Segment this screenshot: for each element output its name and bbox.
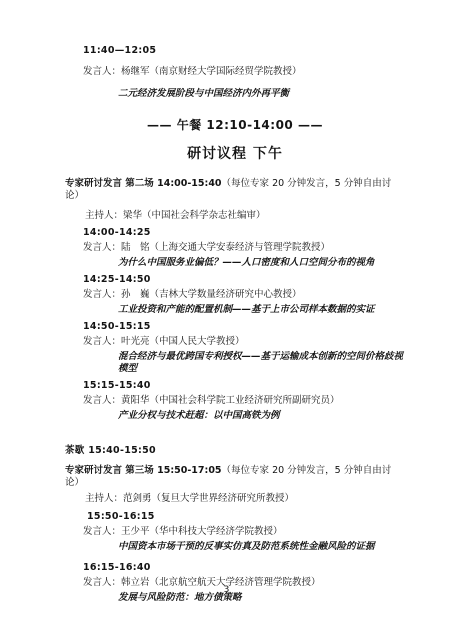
agenda-page: 11:40—12:05 发言人：杨继军（南京财经大学国际经贸学院教授） 二元经济… xyxy=(0,0,453,642)
session-header-title: 专家研讨发言 第二场 14:00-15:40 xyxy=(65,178,222,189)
talk-speaker: 发言人：陆 铭（上海交通大学安泰经济与管理学院教授） xyxy=(83,242,405,254)
talk-time: 14:25-14:50 xyxy=(83,274,405,286)
session-header: 专家研讨发言 第二场 14:00-15:40（每位专家 20 分钟发言，5 分钟… xyxy=(65,178,405,202)
talk-topic: 中国资本市场干预的反事实仿真及防范系统性金融风险的证据 xyxy=(118,541,405,553)
session-host: 主持人：范剑勇（复旦大学世界经济研究所教授） xyxy=(85,493,405,505)
talk-item: 14:00-14:25 发言人：陆 铭（上海交通大学安泰经济与管理学院教授） 为… xyxy=(65,227,405,269)
session-3: 专家研讨发言 第三场 15:50-17:05（每位专家 20 分钟发言，5 分钟… xyxy=(65,465,405,604)
session-header: 专家研讨发言 第三场 15:50-17:05（每位专家 20 分钟发言，5 分钟… xyxy=(65,465,405,489)
talk-item: 16:15-16:40 发言人：韩立岩（北京航空航天大学经济管理学院教授） 发展… xyxy=(65,562,405,604)
page-title: 研讨议程 下午 xyxy=(65,146,405,163)
talk-speaker: 发言人：杨继军（南京财经大学国际经贸学院教授） xyxy=(83,66,405,78)
talk-time: 14:00-14:25 xyxy=(83,227,405,239)
talk-item: 15:50-16:15 发言人：王少平（华中科技大学经济学院教授） 中国资本市场… xyxy=(65,511,405,553)
lunch-banner: —— 午餐 12:10-14:00 —— xyxy=(65,118,405,133)
talk-time: 15:50-16:15 xyxy=(87,511,405,523)
talk-speaker: 发言人：叶光亮（中国人民大学教授） xyxy=(83,336,405,348)
session-header-title: 专家研讨发言 第三场 15:50-17:05 xyxy=(65,465,222,476)
talk-time: 16:15-16:40 xyxy=(83,562,405,574)
talk-item: 14:50-15:15 发言人：叶光亮（中国人民大学教授） 混合经济与最优跨国专… xyxy=(65,321,405,375)
talk-topic: 为什么中国服务业偏低？——人口密度和人口空间分布的视角 xyxy=(118,257,405,269)
page-content: 11:40—12:05 发言人：杨继军（南京财经大学国际经贸学院教授） 二元经济… xyxy=(0,0,453,604)
page-number: 3 xyxy=(0,585,453,596)
talk-time: 14:50-15:15 xyxy=(83,321,405,333)
talk-time: 15:15-15:40 xyxy=(83,380,405,392)
talk-speaker: 发言人：黄阳华（中国社会科学院工业经济研究所副研究员） xyxy=(83,395,405,407)
tea-break: 茶歇 15:40-15:50 xyxy=(65,445,405,457)
talk-topic: 工业投资和产能的配置机制——基于上市公司样本数据的实证 xyxy=(118,304,405,316)
talk-speaker: 发言人：孙 巍（吉林大学数量经济研究中心教授） xyxy=(83,289,405,301)
talk-topic: 二元经济发展阶段与中国经济内外再平衡 xyxy=(118,88,405,100)
talk-topic: 产业分权与技术赶超：以中国高铁为例 xyxy=(118,410,405,422)
talk-item: 15:15-15:40 发言人：黄阳华（中国社会科学院工业经济研究所副研究员） … xyxy=(65,380,405,422)
session-2: 专家研讨发言 第二场 14:00-15:40（每位专家 20 分钟发言，5 分钟… xyxy=(65,178,405,422)
talk-speaker: 发言人：王少平（华中科技大学经济学院教授） xyxy=(83,526,405,538)
talk-topic: 混合经济与最优跨国专利授权——基于运输成本创新的空间价格歧视模型 xyxy=(118,351,405,375)
talk-item: 14:25-14:50 发言人：孙 巍（吉林大学数量经济研究中心教授） 工业投资… xyxy=(65,274,405,316)
session-host: 主持人：梁华（中国社会科学杂志社编审） xyxy=(85,210,405,222)
talk-time: 11:40—12:05 xyxy=(83,45,405,57)
